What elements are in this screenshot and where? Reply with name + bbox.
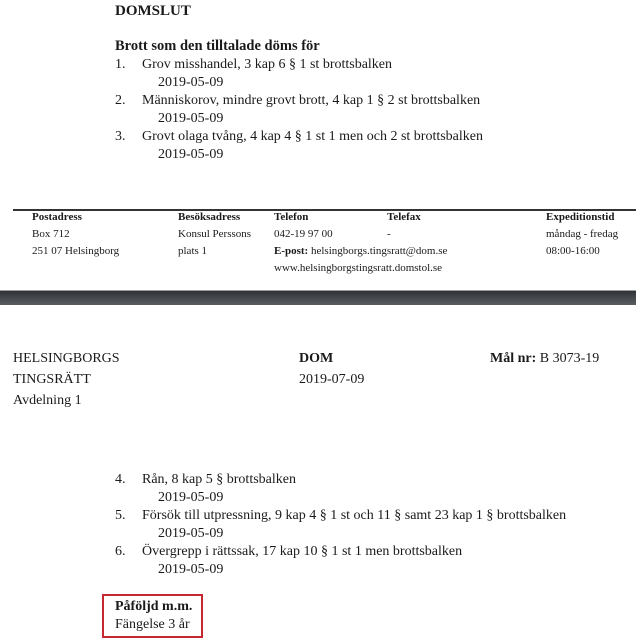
besoksadress-line: plats 1 xyxy=(178,246,207,257)
item-number: 5. xyxy=(115,509,126,523)
court-name-line1: HELSINGBORGS xyxy=(13,352,120,366)
court-name-line2: TINGSRÄTT xyxy=(13,373,91,387)
postadress-line: Box 712 xyxy=(32,229,70,240)
item-number: 6. xyxy=(115,545,126,559)
item-number: 1. xyxy=(115,58,126,72)
penalty-value: Fängelse 3 år xyxy=(115,618,190,632)
besoksadress-line: Konsul Perssons xyxy=(178,229,251,240)
epost-label: E-post: xyxy=(274,245,308,257)
item-text: Människorov, mindre grovt brott, 4 kap 1… xyxy=(142,94,480,108)
item-number: 3. xyxy=(115,130,126,144)
website-link[interactable]: www.helsingborgstingsratt.domstol.se xyxy=(274,263,442,274)
document-type: DOM xyxy=(299,352,333,366)
case-number: Mål nr: B 3073-19 xyxy=(490,352,599,366)
item-text: Rån, 8 kap 5 § brottsbalken xyxy=(142,473,296,487)
expeditionstid-line: 08:00-16:00 xyxy=(546,246,600,257)
item-date: 2019-05-09 xyxy=(158,112,223,126)
item-number: 4. xyxy=(115,473,126,487)
item-date: 2019-05-09 xyxy=(158,148,223,162)
item-date: 2019-05-09 xyxy=(158,527,223,541)
item-date: 2019-05-09 xyxy=(158,491,223,505)
epost-link[interactable]: helsingborgs.tingsratt@dom.se xyxy=(311,245,447,257)
document-date: 2019-07-09 xyxy=(299,373,364,387)
section-title-crimes: Brott som den tilltalade döms för xyxy=(115,39,320,54)
penalty-title: Påföljd m.m. xyxy=(115,600,192,614)
item-text: Grov misshandel, 3 kap 6 § 1 st brottsba… xyxy=(142,58,392,72)
item-text: Övergrepp i rättssak, 17 kap 10 § 1 st 1… xyxy=(142,545,462,559)
item-date: 2019-05-09 xyxy=(158,563,223,577)
telefon-label: Telefon xyxy=(274,211,308,223)
expeditionstid-line: måndag - fredag xyxy=(546,229,618,240)
item-text: Grovt olaga tvång, 4 kap 4 § 1 st 1 men … xyxy=(142,130,483,144)
case-number-value: B 3073-19 xyxy=(540,351,600,366)
footer-divider xyxy=(13,209,636,211)
item-number: 2. xyxy=(115,94,126,108)
item-date: 2019-05-09 xyxy=(158,76,223,90)
expeditionstid-label: Expeditionstid xyxy=(546,211,614,223)
telefax-label: Telefax xyxy=(387,211,421,223)
telefax-value: - xyxy=(387,229,391,240)
postadress-line: 251 07 Helsingborg xyxy=(32,246,119,257)
postadress-label: Postadress xyxy=(32,211,82,223)
besoksadress-label: Besöksadress xyxy=(178,211,240,223)
page-separator xyxy=(0,290,636,305)
telefon-value: 042-19 97 00 xyxy=(274,229,333,240)
domslut-heading: DOMSLUT xyxy=(115,4,191,19)
case-number-label: Mål nr: xyxy=(490,351,536,366)
item-text: Försök till utpressning, 9 kap 4 § 1 st … xyxy=(142,509,566,523)
court-division: Avdelning 1 xyxy=(13,394,82,408)
